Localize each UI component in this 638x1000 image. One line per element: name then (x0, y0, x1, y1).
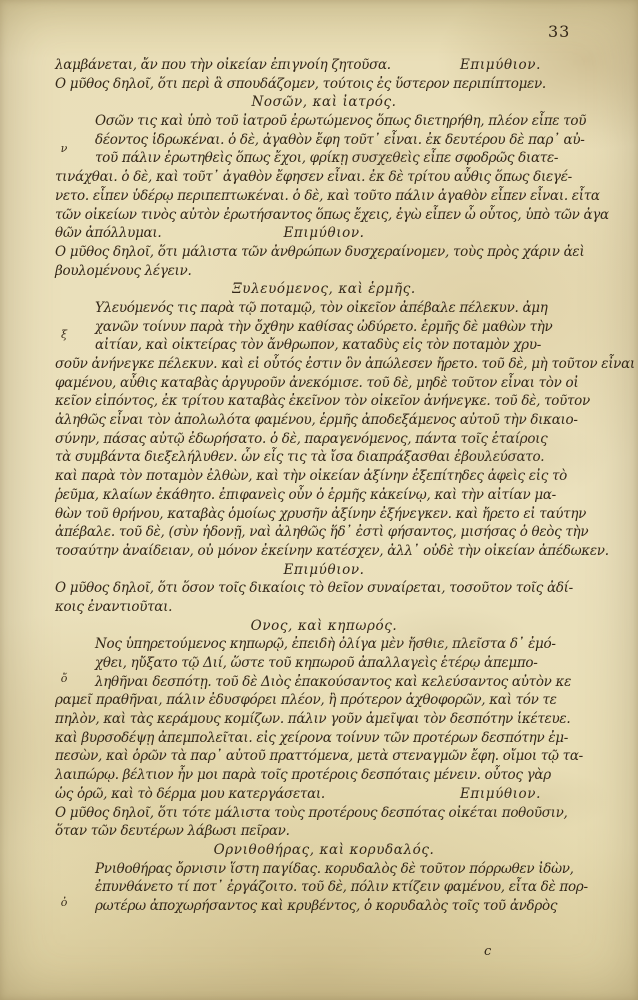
epimythion-label: Επιμύθιον. (283, 225, 364, 241)
text-block: λαμβάνεται, ἄν που τὴν οἰκείαν ἐπιγνοίη … (55, 56, 593, 916)
text-line: τῶν οἰκείων τινὸς αὐτὸν ἐρωτήσαντος ὅπως… (55, 206, 593, 225)
text-line: σοῦν ἀνήνεγκε πέλεκυν. καὶ εἰ οὗτός ἐστι… (55, 355, 593, 374)
epimythion-label: Επιμύθιον. (460, 785, 541, 804)
margin-guide-letter: ν (57, 142, 71, 155)
section-heading: Ορνιθοθήρας, καὶ κορυδαλός. (55, 841, 593, 860)
text-line: καὶ παρὰ τὸν ποταμὸν ἐλθὼν, καὶ τὴν οἰκε… (55, 467, 593, 486)
text-line: λαιπώρῳ. βέλτιον ἦν μοι παρὰ τοῖς προτέρ… (55, 766, 593, 785)
text-line: ρωτέρω ἀποχωρήσαντος καὶ κρυβέντος, ὁ κο… (55, 897, 593, 916)
text-line: τοσαύτην ἀναίδειαν, οὐ μόνον ἐκείνην κατ… (55, 542, 593, 561)
text-line: φαμένου, αὖθις καταβὰς ἀργυροῦν ἀνεκόμισ… (55, 374, 593, 393)
text-line: χανῶν τοίνυν παρὰ τὴν ὄχθην καθίσας ὠδύρ… (55, 318, 593, 337)
text-line: πεσὼν, καὶ ὁρῶν τὰ παρ᾽ αὐτοῦ πραττόμενα… (55, 747, 593, 766)
section-heading: Ονος, καὶ κηπωρός. (55, 617, 593, 636)
text-line: Ρνιθοθήρας ὄρνισιν ἵστη παγίδας. κορυδαλ… (55, 860, 593, 879)
text-line: Νος ὑπηρετούμενος κηπωρῷ, ἐπειδὴ ὀλίγα μ… (55, 635, 593, 654)
text-line: Υλευόμενός τις παρὰ τῷ ποταμῷ, τὸν οἰκεῖ… (55, 299, 593, 318)
text-span: λαμβάνεται, ἄν που τὴν οἰκείαν ἐπιγνοίη … (55, 56, 391, 75)
text-line: Οσῶν τις καὶ ὑπὸ τοῦ ἰατροῦ ἐρωτώμενος ὅ… (55, 112, 593, 131)
text-line: θὼν τοῦ θρήνου, καταβὰς ὁμοίως χρυσῆν ἀξ… (55, 505, 593, 524)
text-line: ἀληθῶς εἶναι τὸν ἀπολωλότα φαμένου, ἑρμῆ… (55, 411, 593, 430)
text-line: ὡς ὁρῶ, καὶ τὸ δέρμα μου κατεργάσεται.Επ… (55, 785, 593, 804)
text-line: ῥεῦμα, κλαίων ἐκάθητο. ἐπιφανεὶς οὖν ὁ ἑ… (55, 486, 593, 505)
text-line: νετο. εἶπεν ὑδέρῳ περιπεπτωκέναι. ὁ δὲ, … (55, 187, 593, 206)
signature-mark: c (484, 944, 491, 959)
section-heading: Ξυλευόμενος, καὶ ἑρμῆς. (55, 280, 593, 299)
text-line: βουλομένους λέγειν. (55, 262, 593, 281)
text-line: ραμεῖ πραθῆναι, πάλιν ἐδυσφόρει πλέον, ἢ… (55, 691, 593, 710)
margin-guide-letter: ὀ (57, 896, 71, 909)
text-span: ὡς ὁρῶ, καὶ τὸ δέρμα μου κατεργάσεται. (55, 785, 325, 804)
section-heading: Νοσῶν, καὶ ἰατρός. (55, 93, 593, 112)
epimythion-label: Επιμύθιον. (460, 56, 541, 75)
page-number: 33 (548, 22, 570, 41)
text-line: τοῦ πάλιν ἐρωτηθεὶς ὅπως ἔχοι, φρίκῃ συσ… (55, 149, 593, 168)
text-line: τινάχθαι. ὁ δὲ, καὶ τοῦτ᾽ ἀγαθὸν ἔφησεν … (55, 168, 593, 187)
text-line: τὰ συμβάντα διεξελήλυθεν. ὧν εἷς τις τὰ … (55, 448, 593, 467)
text-line: ληθῆναι δεσπότῃ. τοῦ δὲ Διὸς ἐπακούσαντο… (55, 673, 593, 692)
text-line: Ο μῦθος δηλοῖ, ὅτι περὶ ἃ σπουδάζομεν, τ… (55, 75, 593, 94)
text-line: καὶ βυρσοδέψῃ ἀπεμπολεῖται. εἰς χείρονα … (55, 729, 593, 748)
text-line: ὅταν τῶν δευτέρων λάβωσι πεῖραν. (55, 822, 593, 841)
margin-guide-letter: ὄ (57, 672, 71, 685)
text-line: Ο μῦθος δηλοῖ, ὅτι μάλιστα τῶν ἀνθρώπων … (55, 243, 593, 262)
text-line: αἰτίαν, καὶ οἰκτείρας τὸν ἄνθρωπον, κατα… (55, 336, 593, 355)
text-line: ἀπέβαλε. τοῦ δὲ, (σὺν ἡδονῇ, ναὶ ἀληθῶς … (55, 523, 593, 542)
text-line: ἐπυνθάνετο τί ποτ᾽ ἐργάζοιτο. τοῦ δὲ, πό… (55, 878, 593, 897)
book-page: 33 λαμβάνεται, ἄν που τὴν οἰκείαν ἐπιγνο… (0, 0, 638, 1000)
text-line: θῶν ἀπόλλυμαι.Επιμύθιον. (55, 224, 593, 243)
section-heading: Επιμύθιον. (55, 561, 593, 580)
text-line: πηλὸν, καὶ τὰς κεράμους κομίζων. πάλιν γ… (55, 710, 593, 729)
text-line: Ο μῦθος δηλοῖ, ὅτι ὅσον τοῖς δικαίοις τὸ… (55, 579, 593, 598)
text-span: θῶν ἀπόλλυμαι. (55, 224, 161, 243)
text-line: λαμβάνεται, ἄν που τὴν οἰκείαν ἐπιγνοίη … (55, 56, 593, 75)
text-line: δέοντος ἱδρωκέναι. ὁ δὲ, ἀγαθὸν ἔφη τοῦτ… (55, 131, 593, 150)
text-line: Ο μῦθος δηλοῖ, ὅτι τότε μάλιστα τοὺς προ… (55, 804, 593, 823)
text-line: σύνην, πάσας αὐτῷ ἐδωρήσατο. ὁ δὲ, παραγ… (55, 430, 593, 449)
margin-guide-letter: ξ (57, 328, 71, 341)
text-line: κοις ἐναντιοῦται. (55, 598, 593, 617)
text-line: χθει, ηὔξατο τῷ Διί, ὥστε τοῦ κηπωροῦ ἀπ… (55, 654, 593, 673)
text-line: κεῖον εἰπόντος, ἐκ τρίτου καταβὰς ἐκεῖνο… (55, 392, 593, 411)
